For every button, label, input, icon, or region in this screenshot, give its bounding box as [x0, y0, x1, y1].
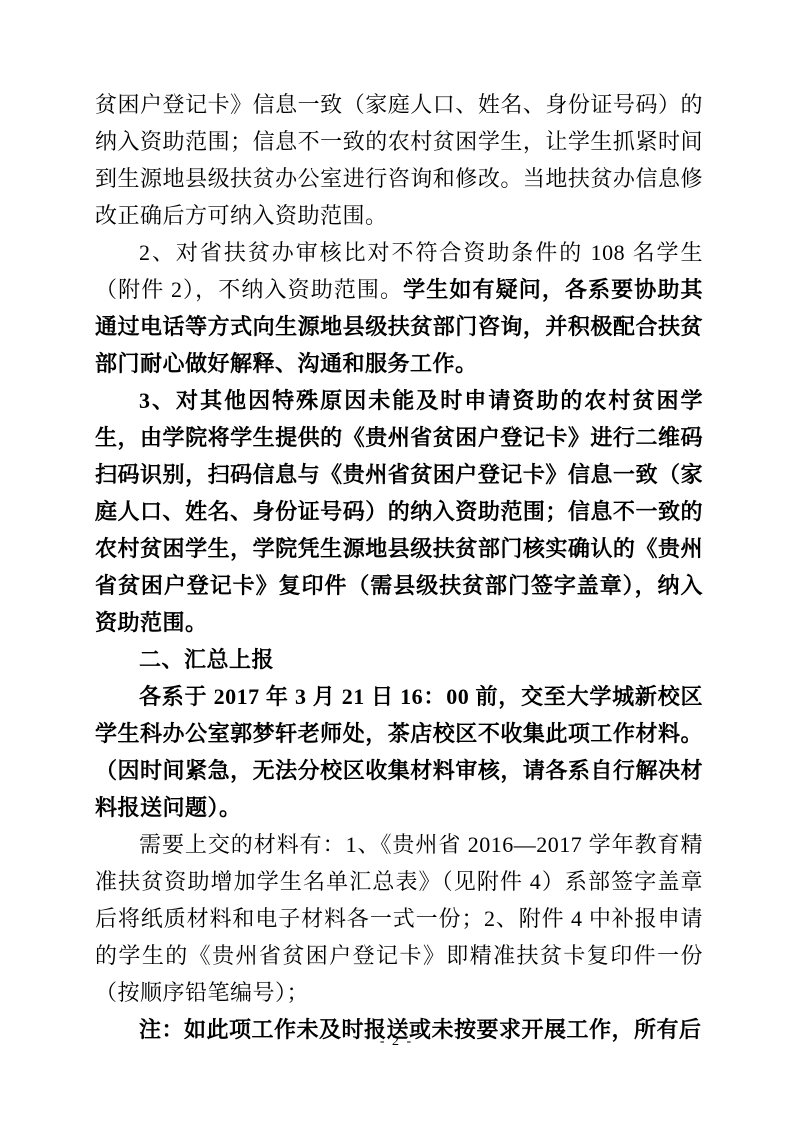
- paragraph-item-2: 2、对省扶贫办审核比对不符合资助条件的 108 名学生（附件 2），不纳入资助范…: [95, 234, 703, 382]
- section-heading-2: 二、汇总上报: [95, 641, 703, 678]
- text-run: 贫困户登记卡》信息一致（家庭人口、姓名、身份证号码）的纳入资助范围；信息不一致的…: [95, 92, 703, 228]
- text-run: 需要上交的材料有：1、《贵州省 2016—2017 学年教育精准扶贫资助增加学生…: [95, 832, 703, 1005]
- page-number: - 2 -: [0, 1034, 793, 1050]
- bold-text-run: 各系于 2017 年 3 月 21 日 16：00 前，交至大学城新校区学生科办…: [95, 684, 703, 820]
- paragraph-materials: 需要上交的材料有：1、《贵州省 2016—2017 学年教育精准扶贫资助增加学生…: [95, 826, 703, 1011]
- paragraph-continued-from-previous-page: 贫困户登记卡》信息一致（家庭人口、姓名、身份证号码）的纳入资助范围；信息不一致的…: [95, 86, 703, 234]
- document-body: 贫困户登记卡》信息一致（家庭人口、姓名、身份证号码）的纳入资助范围；信息不一致的…: [95, 86, 703, 1048]
- paragraph-deadline: 各系于 2017 年 3 月 21 日 16：00 前，交至大学城新校区学生科办…: [95, 678, 703, 826]
- document-page: 贫困户登记卡》信息一致（家庭人口、姓名、身份证号码）的纳入资助范围；信息不一致的…: [0, 0, 793, 1122]
- bold-text-run: 二、汇总上报: [139, 647, 274, 672]
- bold-text-run: 3、对其他因特殊原因未能及时申请资助的农村贫困学生，由学院将学生提供的《贵州省贫…: [95, 388, 703, 635]
- paragraph-item-3: 3、对其他因特殊原因未能及时申请资助的农村贫困学生，由学院将学生提供的《贵州省贫…: [95, 382, 703, 641]
